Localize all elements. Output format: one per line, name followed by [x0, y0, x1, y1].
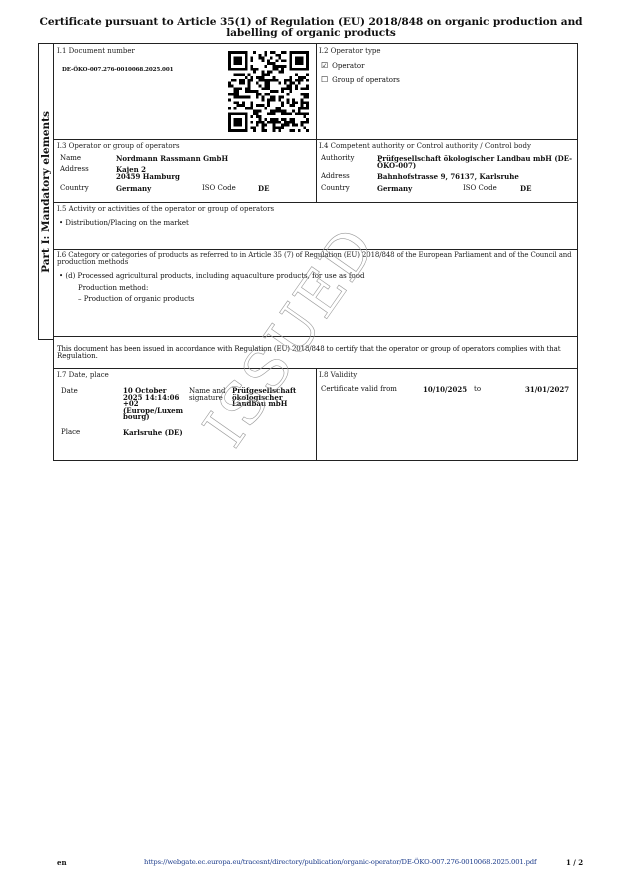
- authority-iso-label: ISO Code: [463, 185, 497, 193]
- valid-to: 31/01/2027: [525, 386, 569, 394]
- i6-heading-line2: production methods: [57, 259, 128, 266]
- operator-type-group[interactable]: ☐ Group of operators: [321, 76, 400, 84]
- authority-label: Authority: [321, 155, 354, 163]
- place-value: Karlsruhe (DE): [123, 429, 183, 437]
- operator-name-label: Name: [60, 155, 81, 163]
- valid-from-label: Certificate valid from: [321, 386, 397, 394]
- authority-country: Germany: [377, 185, 412, 193]
- authority-country-label: Country: [321, 185, 350, 193]
- row-divider: [54, 202, 577, 203]
- operator-country-label: Country: [60, 185, 89, 193]
- operator-address-label: Address: [60, 166, 89, 174]
- activity-item: • Distribution/Placing on the market: [59, 219, 189, 227]
- row-divider: [54, 336, 577, 337]
- place-label: Place: [61, 429, 80, 437]
- option-label: Operator: [332, 62, 364, 70]
- authority-line2: ÖKO-007): [377, 162, 416, 170]
- option-label: Group of operators: [332, 76, 400, 84]
- checkbox-unchecked-icon[interactable]: ☐: [321, 76, 328, 84]
- signature-label: Name and signature: [189, 388, 225, 401]
- footer-language: en: [57, 858, 67, 867]
- authority-address: Bahnhofstrasse 9, 76137, Karlsruhe: [377, 173, 519, 181]
- valid-from: 10/10/2025: [423, 386, 467, 394]
- i6-heading-line1: I.6 Category or categories of products a…: [57, 252, 572, 259]
- i8-heading: I.8 Validity: [319, 371, 357, 379]
- row-divider: [54, 249, 577, 250]
- i3-heading: I.3 Operator or group of operators: [57, 142, 180, 150]
- production-method-label: Production method:: [78, 284, 148, 292]
- checkbox-checked-icon[interactable]: ☑: [321, 62, 328, 70]
- authority-address-label: Address: [321, 173, 350, 181]
- operator-country: Germany: [116, 185, 151, 193]
- i1-heading: I.1 Document number: [57, 47, 135, 55]
- date-label: Date: [61, 388, 78, 396]
- operator-iso: DE: [258, 185, 269, 193]
- certificate-table: I.1 Document number DE-ÖKO-007.276-00100…: [53, 43, 578, 461]
- production-method: – Production of organic products: [78, 295, 194, 303]
- footer-url-link[interactable]: https://webgate.ec.europa.eu/tracesnt/di…: [144, 858, 536, 866]
- qr-code-icon: [228, 51, 309, 132]
- date-value: 10 October 2025 14:14:06 +02 (Europe/Lux…: [123, 388, 183, 421]
- signature-value: Prüfgesellschaft ökologischer Landbau mb…: [232, 388, 296, 408]
- statement-line2: Regulation.: [57, 353, 98, 360]
- authority-iso: DE: [520, 185, 531, 193]
- document-number: DE-ÖKO-007.276-0010068.2025.001: [62, 66, 173, 74]
- operator-type-operator[interactable]: ☑ Operator: [321, 62, 400, 70]
- col-divider: [316, 44, 317, 202]
- part-label: Part I: Mandatory elements: [40, 111, 52, 273]
- i5-heading: I.5 Activity or activities of the operat…: [57, 205, 274, 213]
- operator-name: Nordmann Rassmann GmbH: [116, 155, 228, 163]
- i7-heading: I.7 Date, place: [57, 371, 109, 379]
- operator-iso-label: ISO Code: [202, 185, 236, 193]
- operator-address-line2: 20459 Hamburg: [116, 173, 180, 181]
- statement-line1: This document has been issued in accorda…: [57, 346, 560, 353]
- page-number: 1 / 2: [566, 858, 583, 867]
- i2-heading: I.2 Operator type: [319, 47, 381, 55]
- product-category: • (d) Processed agricultural products, i…: [59, 272, 364, 280]
- col-divider: [316, 368, 317, 461]
- valid-to-label: to: [474, 386, 481, 394]
- certificate-title: Certificate pursuant to Article 35(1) of…: [30, 17, 592, 39]
- part-label-box: Part I: Mandatory elements: [38, 43, 54, 340]
- i4-heading: I.4 Competent authority or Control autho…: [319, 142, 531, 150]
